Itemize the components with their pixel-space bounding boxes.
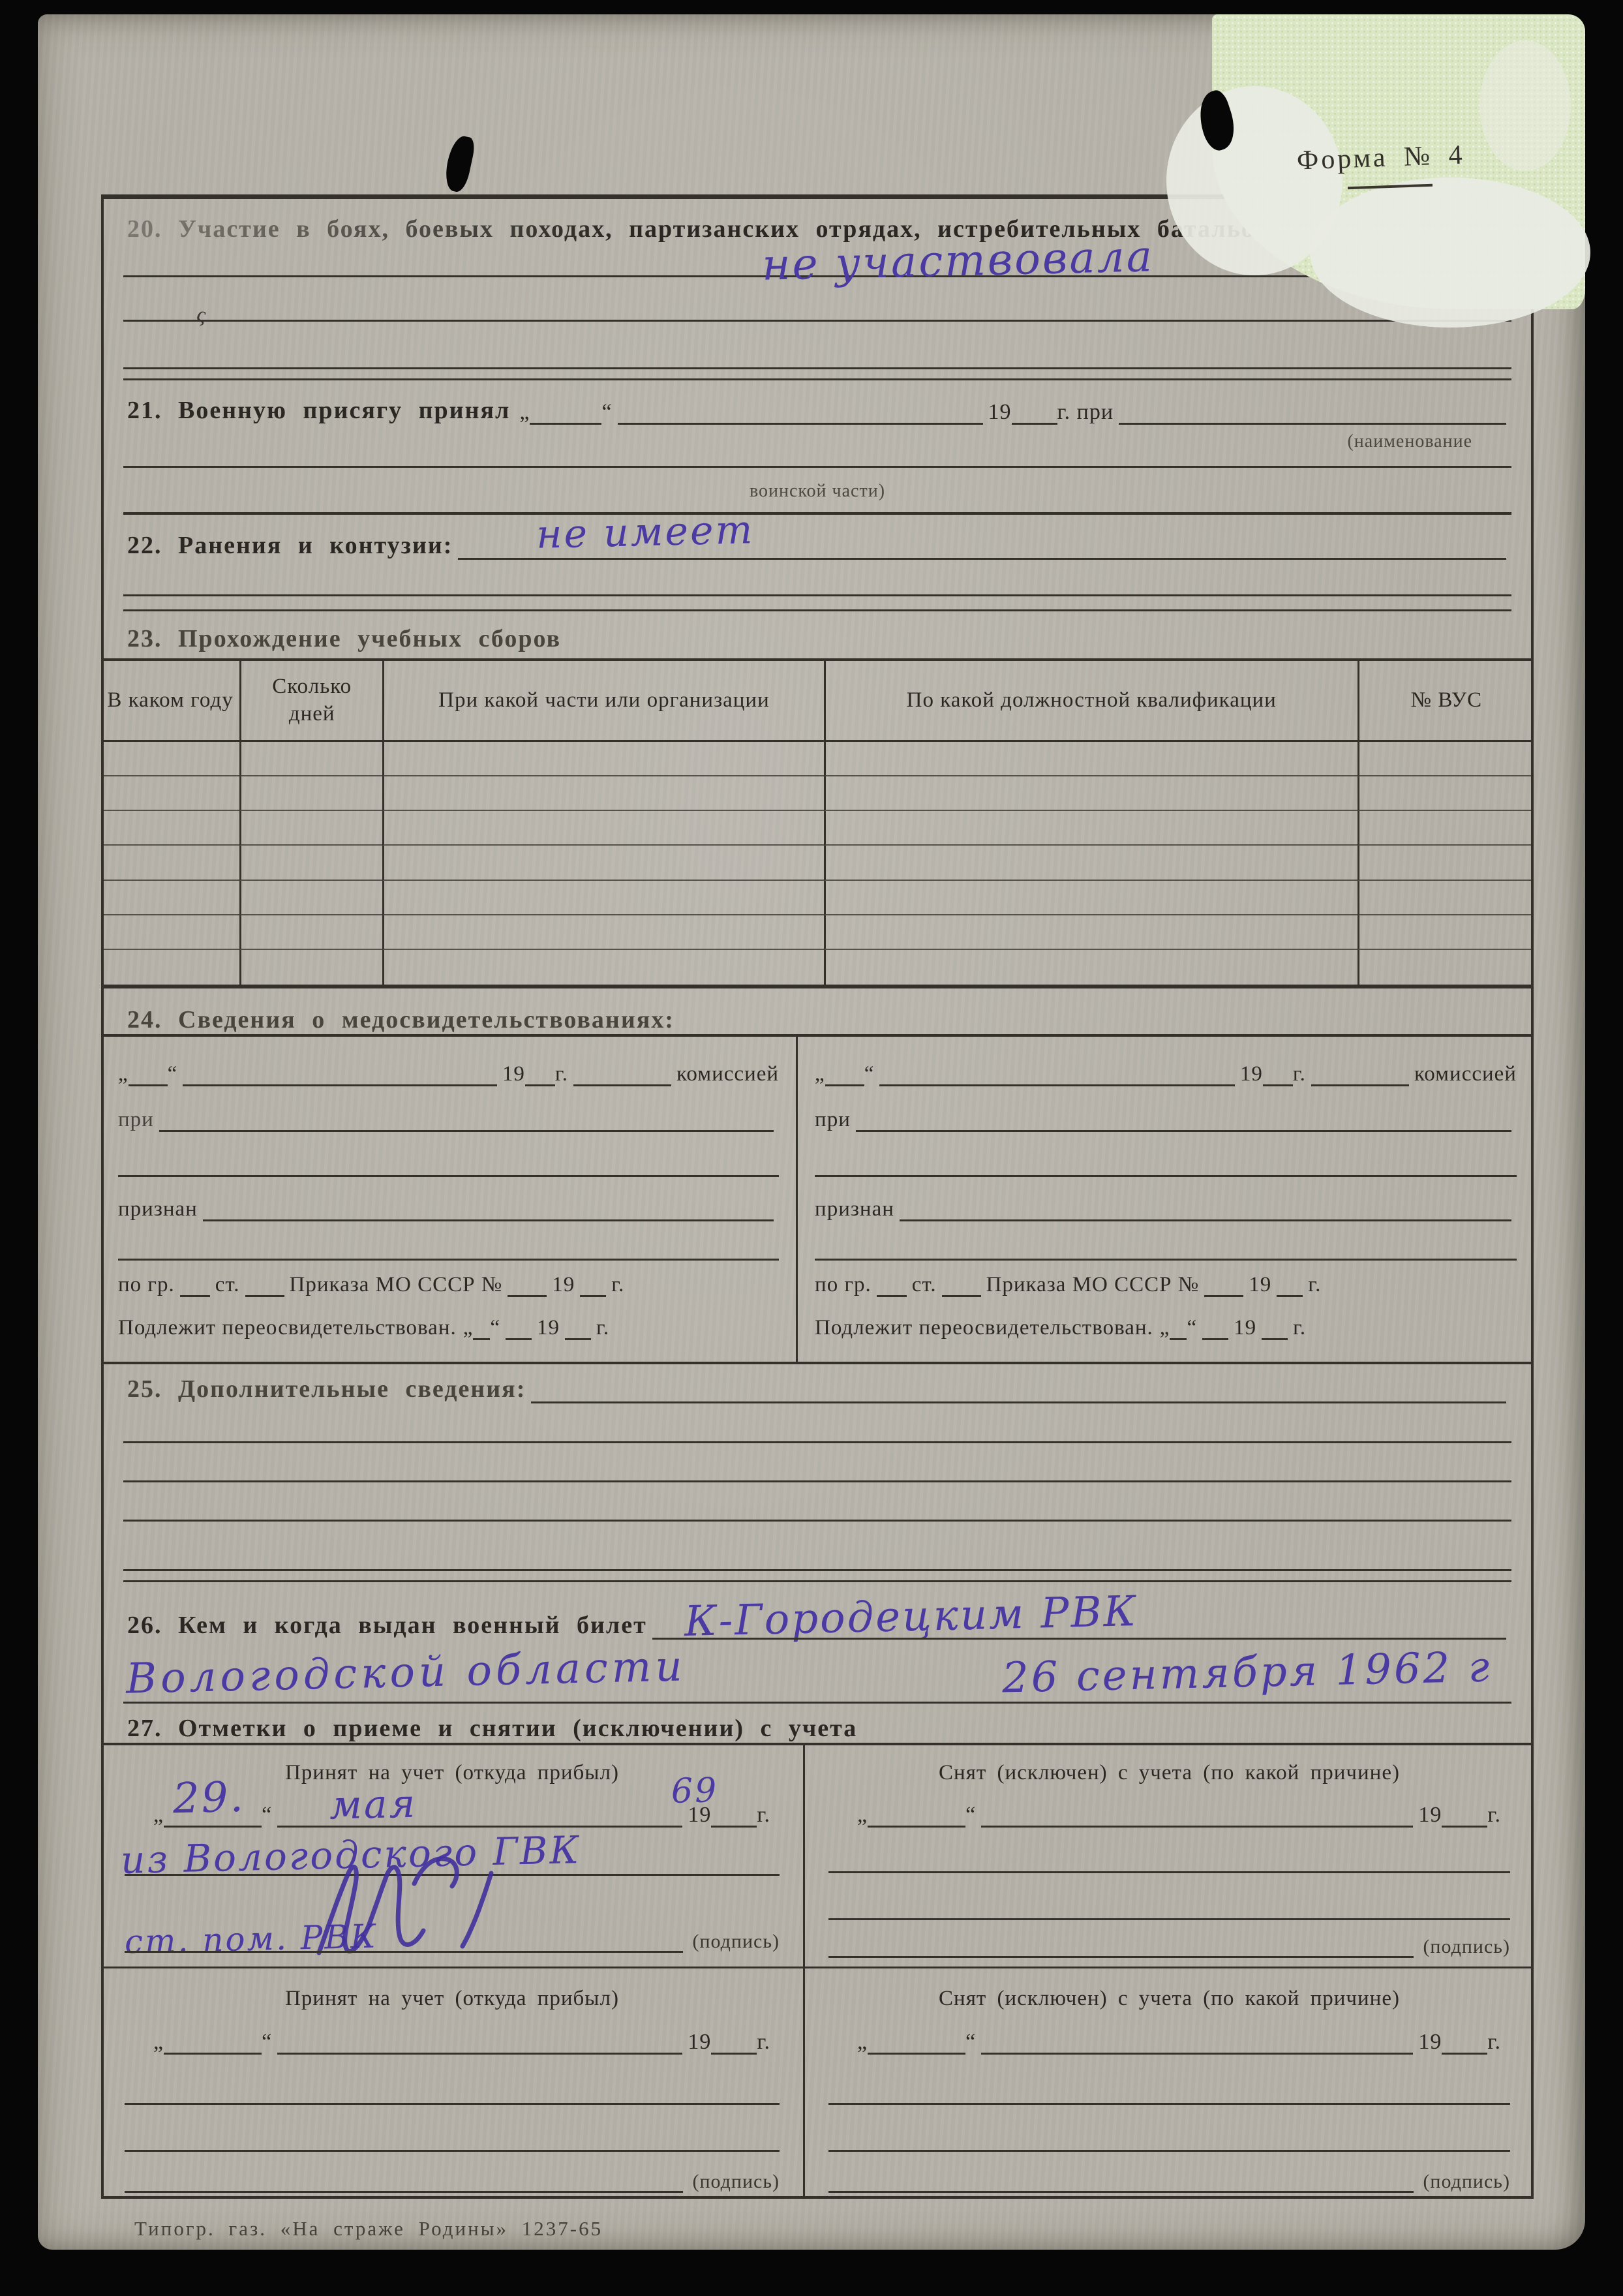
year-prefix: 19	[1418, 2030, 1442, 2055]
signature-line	[125, 1951, 683, 1953]
year-prefix: 19	[537, 1316, 560, 1340]
table-cell	[382, 742, 823, 776]
removed-header: Снят (исключен) с учета (по какой причин…	[805, 1761, 1534, 1785]
open-quote: „	[857, 2030, 868, 2055]
blank-line	[856, 1130, 1511, 1132]
table-cell	[824, 950, 1358, 985]
date-row: „ “ 19 г.	[857, 2028, 1501, 2055]
blank-line	[125, 2102, 780, 2105]
blank-line	[118, 1259, 779, 1261]
paper-sheet: Форма № 4 ς 20. Участие в боях, боевых п…	[38, 14, 1585, 2250]
podpis-label: (подпись)	[1423, 2171, 1510, 2193]
year-prefix: 19	[988, 400, 1012, 425]
handwritten-month: мая	[329, 1781, 417, 1828]
signature-line	[828, 2191, 1414, 2193]
blank-day	[164, 1826, 262, 1828]
blank-line	[123, 318, 1511, 322]
pri-row: при	[815, 1106, 1517, 1132]
blank-month	[879, 1084, 1235, 1086]
table-cell	[1358, 881, 1534, 915]
blank-day	[530, 423, 601, 425]
podpis-label: (подпись)	[692, 2171, 780, 2193]
scanned-military-form-page: Форма № 4 ς 20. Участие в боях, боевых п…	[0, 0, 1623, 2296]
g-label: г.	[757, 2030, 770, 2055]
section-22-answer-line: не имеет	[458, 558, 1506, 560]
blank-day	[825, 1084, 864, 1086]
blank-year	[711, 2053, 757, 2055]
komissiey-label: комиссией	[676, 1062, 779, 1086]
table-cell	[1358, 846, 1534, 880]
blank-row	[118, 1154, 779, 1177]
blank-row	[815, 1154, 1517, 1177]
training-camps-table: В каком году Сколько дней При какой част…	[101, 658, 1534, 988]
reexam-row: Подлежит переосвидетельствован. „ “ 19 г…	[118, 1315, 779, 1340]
close-quote: “	[490, 1316, 500, 1340]
signature-line	[828, 1956, 1414, 1958]
section-divider	[123, 594, 1511, 611]
year-prefix: 19	[1249, 1273, 1271, 1297]
hint-naimenovanie: (наименование	[1347, 431, 1472, 452]
blank-line	[828, 2149, 1510, 2152]
section-divider	[123, 1569, 1511, 1582]
handwritten-not-participated: не участвовала	[761, 231, 1155, 290]
close-quote: “	[262, 2030, 272, 2055]
accepted-header: Принят на учет (откуда прибыл)	[101, 1987, 803, 2011]
pri-row: при	[118, 1106, 779, 1132]
blank-year	[1442, 2053, 1487, 2055]
blank-line	[815, 1259, 1517, 1261]
g-label: г.	[555, 1062, 568, 1086]
blank-unit	[1119, 423, 1506, 425]
blank-year	[525, 1084, 555, 1086]
open-quote: „	[153, 2030, 164, 2055]
section-21-label: 21. Военную присягу принял	[127, 396, 510, 425]
section-26-answer-line	[652, 1638, 1506, 1640]
blank-year	[1262, 1338, 1288, 1340]
handwritten-issue-row: Вологодской области 26 сентября 1962 г	[126, 1649, 1492, 1697]
removed-cell-2: Снят (исключен) с учета (по какой причин…	[803, 1968, 1534, 2199]
blank-day	[868, 1826, 965, 1828]
blank-year	[711, 1826, 757, 1828]
section-25-row: 25. Дополнительные сведения:	[127, 1377, 1511, 1403]
accepted-cell-1: Принят на учет (откуда прибыл) „ “ 19 г.…	[101, 1745, 803, 1968]
blank-year	[1263, 1084, 1293, 1086]
section-26-row: 26. Кем и когда выдан военный билет	[127, 1614, 1511, 1640]
blank-day	[164, 2053, 262, 2055]
table-cell	[101, 742, 239, 776]
blank-day	[1170, 1338, 1187, 1340]
handwritten-year: 69	[671, 1771, 719, 1811]
g-label: г.	[1308, 1273, 1321, 1297]
blank-order-no	[508, 1295, 547, 1297]
handwritten-ne-imeet: не имеет	[536, 507, 755, 558]
blank-month	[1202, 1338, 1228, 1340]
order-row: по гр. ст. Приказа МО СССР № 19 г.	[118, 1272, 779, 1297]
blank-line	[159, 1130, 774, 1132]
podpis-label: (подпись)	[692, 1931, 780, 1953]
komissiey-label: комиссией	[1414, 1062, 1517, 1086]
table-cell	[239, 776, 382, 811]
section-21-row: 21. Военную присягу принял „ “ 19 г. при	[127, 395, 1511, 425]
g-label: г.	[1487, 2030, 1501, 2055]
blank-year	[580, 1295, 606, 1297]
year-prefix: 19	[552, 1273, 575, 1297]
registration-table: Принят на учет (откуда прибыл) „ “ 19 г.…	[101, 1743, 1534, 2199]
blank-line	[123, 1478, 1511, 1482]
medical-exam-left-column: „ “ 19 г. комиссией при	[101, 1037, 796, 1362]
st-label: ст.	[215, 1273, 240, 1297]
table-cell	[824, 915, 1358, 950]
open-quote: „	[519, 400, 530, 425]
section-22-row: 22. Ранения и контузии: не имеет	[127, 528, 1511, 560]
col-header-days: Сколько дней	[239, 661, 382, 742]
glue-spot	[1479, 40, 1571, 171]
blank-line	[531, 1401, 1506, 1403]
g-pri-label: г. при	[1057, 400, 1114, 425]
priznan-row: признан	[118, 1195, 779, 1221]
year-prefix: 19	[688, 2030, 711, 2055]
prikaz-label: Приказа МО СССР №	[290, 1273, 503, 1297]
open-quote: „	[153, 1803, 164, 1828]
table-cell	[101, 811, 239, 846]
form-number: Форма № 4	[1296, 140, 1465, 177]
blank-line	[123, 1700, 1511, 1704]
st-label: ст.	[912, 1273, 937, 1297]
section-24-label: 24. Сведения о медосвидетельствованиях:	[127, 1005, 675, 1034]
priznan-row: признан	[815, 1195, 1517, 1221]
blank-day	[473, 1338, 490, 1340]
blank-month	[981, 2053, 1413, 2055]
pri-label: при	[815, 1108, 851, 1132]
section-divider	[123, 510, 1511, 515]
table-cell	[101, 846, 239, 880]
medical-exam-right-column: „ “ 19 г. комиссией при	[796, 1037, 1534, 1362]
section-27-label: 27. Отметки о приеме и снятии (исключени…	[127, 1714, 857, 1743]
table-cell	[101, 915, 239, 950]
table-cell	[101, 776, 239, 811]
podpis-label: (подпись)	[1423, 1936, 1510, 1958]
signature-row: (подпись)	[828, 1935, 1510, 1958]
blank-order-no	[1204, 1295, 1243, 1297]
close-quote: “	[1187, 1316, 1197, 1340]
section-22-label: 22. Ранения и контузии:	[127, 531, 453, 560]
glue-spot	[1310, 177, 1590, 328]
year-prefix: 19	[502, 1062, 525, 1086]
handwritten-issue-date: 26 сентября 1962 г	[1001, 1643, 1493, 1702]
g-label: г.	[1293, 1316, 1306, 1340]
handwritten-oblast: Вологодской области	[125, 1642, 686, 1703]
podlezhit-label: Подлежит переосвидетельствован.	[815, 1316, 1153, 1340]
table-cell	[101, 950, 239, 985]
table-cell	[824, 811, 1358, 846]
blank-commission	[573, 1084, 671, 1086]
blank-line	[828, 2102, 1510, 2105]
accepted-cell-2: Принят на учет (откуда прибыл) „ “ 19 г.	[101, 1968, 803, 2199]
table-cell	[824, 846, 1358, 880]
blank-line	[123, 1518, 1511, 1522]
blank-month	[981, 1826, 1413, 1828]
close-quote: “	[965, 1803, 976, 1828]
table-cell	[239, 742, 382, 776]
open-quote: „	[463, 1316, 474, 1340]
blank-line	[123, 463, 1511, 468]
section-divider	[123, 367, 1511, 380]
blank-year	[1277, 1295, 1303, 1297]
g-label: г.	[596, 1316, 609, 1340]
order-row: по гр. ст. Приказа МО СССР № 19 г.	[815, 1272, 1517, 1297]
signature-line	[125, 2191, 683, 2193]
open-quote: „	[815, 1062, 825, 1086]
table-cell	[239, 915, 382, 950]
col-header-qualification: По какой должностной квалификации	[824, 661, 1358, 742]
table-cell	[1358, 950, 1534, 985]
open-quote: „	[118, 1062, 129, 1086]
signature-row: (подпись)	[828, 2169, 1510, 2193]
table-cell	[382, 950, 823, 985]
blank-month	[277, 2053, 682, 2055]
blank-line	[828, 1871, 1510, 1873]
exam-date-row: „ “ 19 г. комиссией	[118, 1060, 779, 1086]
date-row: „ “ 19 г.	[857, 1801, 1501, 1828]
close-quote: “	[262, 1803, 272, 1828]
g-label: г.	[1293, 1062, 1306, 1086]
blank-year	[1012, 423, 1057, 425]
exam-date-row: „ “ 19 г. комиссией	[815, 1060, 1517, 1086]
blank-line	[900, 1219, 1511, 1221]
glued-green-patch: Форма № 4	[1212, 14, 1585, 309]
table-cell	[239, 950, 382, 985]
table-cell	[382, 776, 823, 811]
col-header-unit: При какой части или организации	[382, 661, 823, 742]
handwritten-day: 29.	[172, 1773, 245, 1823]
table-cell	[1358, 742, 1534, 776]
year-prefix: 19	[1418, 1803, 1442, 1828]
po-gr-label: по гр.	[815, 1273, 872, 1297]
blank-month	[506, 1338, 532, 1340]
close-quote: “	[864, 1062, 875, 1086]
priznan-label: признан	[815, 1197, 894, 1221]
year-prefix: 19	[1234, 1316, 1256, 1340]
removed-header: Снят (исключен) с учета (по какой причин…	[805, 1987, 1534, 2011]
po-gr-label: по гр.	[118, 1273, 175, 1297]
close-quote: “	[168, 1062, 178, 1086]
blank-st	[942, 1295, 981, 1297]
date-row: „ “ 19 г.	[153, 2028, 770, 2055]
col-header-vus: № ВУС	[1358, 661, 1534, 742]
blank-line	[118, 1175, 779, 1177]
podlezhit-label: Подлежит переосвидетельствован.	[118, 1316, 457, 1340]
table-cell	[382, 881, 823, 915]
removed-cell-1: Снят (исключен) с учета (по какой причин…	[803, 1745, 1534, 1968]
blank-row	[815, 1237, 1517, 1261]
table-cell	[382, 846, 823, 880]
g-label: г.	[611, 1273, 624, 1297]
year-prefix: 19	[1240, 1062, 1263, 1086]
table-cell	[239, 811, 382, 846]
table-cell	[824, 881, 1358, 915]
close-quote: “	[601, 400, 612, 425]
blank-line	[815, 1175, 1517, 1177]
col-header-year: В каком году	[101, 661, 239, 742]
punch-hole	[442, 134, 476, 194]
open-quote: „	[857, 1803, 868, 1828]
table-cell	[824, 776, 1358, 811]
reexam-row: Подлежит переосвидетельствован. „ “ 19 г…	[815, 1315, 1517, 1340]
medical-exams-box: „ “ 19 г. комиссией при	[101, 1034, 1534, 1364]
blank-row	[118, 1237, 779, 1261]
table-cell	[239, 881, 382, 915]
hint-voinskoy-chasti: воинской части)	[104, 481, 1531, 502]
table-cell	[1358, 811, 1534, 846]
table-cell	[101, 881, 239, 915]
blank-st	[245, 1295, 284, 1297]
blank-month	[618, 423, 983, 425]
prikaz-label: Приказа МО СССР №	[986, 1273, 1200, 1297]
close-quote: “	[965, 2030, 976, 2055]
section-23-label: 23. Прохождение учебных сборов	[127, 624, 561, 653]
print-shop-imprint: Типогр. газ. «На страже Родины» 1237-65	[134, 2217, 603, 2241]
blank-year	[1442, 1826, 1487, 1828]
table-cell	[824, 742, 1358, 776]
table-cell	[382, 915, 823, 950]
table-cell	[239, 846, 382, 880]
g-label: г.	[1487, 1803, 1501, 1828]
blank-year	[565, 1338, 591, 1340]
blank-line	[123, 1439, 1511, 1443]
open-quote: „	[1160, 1316, 1170, 1340]
section-25-label: 25. Дополнительные сведения:	[127, 1375, 526, 1403]
signature-row: (подпись)	[125, 1929, 780, 1953]
blank-gr	[877, 1295, 907, 1297]
g-label: г.	[757, 1803, 770, 1828]
section-26-label: 26. Кем и когда выдан военный билет	[127, 1611, 647, 1640]
priznan-label: признан	[118, 1197, 198, 1221]
form-frame: 20. Участие в боях, боевых походах, парт…	[101, 194, 1534, 2199]
blank-line	[828, 1918, 1510, 1920]
blank-day	[129, 1084, 168, 1086]
blank-day	[868, 2053, 965, 2055]
signature-row: (подпись)	[125, 2169, 780, 2193]
table-cell	[1358, 776, 1534, 811]
pri-label: при	[118, 1108, 154, 1132]
blank-gr	[180, 1295, 210, 1297]
table-cell	[1358, 915, 1534, 950]
blank-line	[203, 1219, 774, 1221]
blank-month	[183, 1084, 497, 1086]
blank-commission	[1311, 1084, 1409, 1086]
table-cell	[382, 811, 823, 846]
blank-line	[125, 2149, 780, 2152]
